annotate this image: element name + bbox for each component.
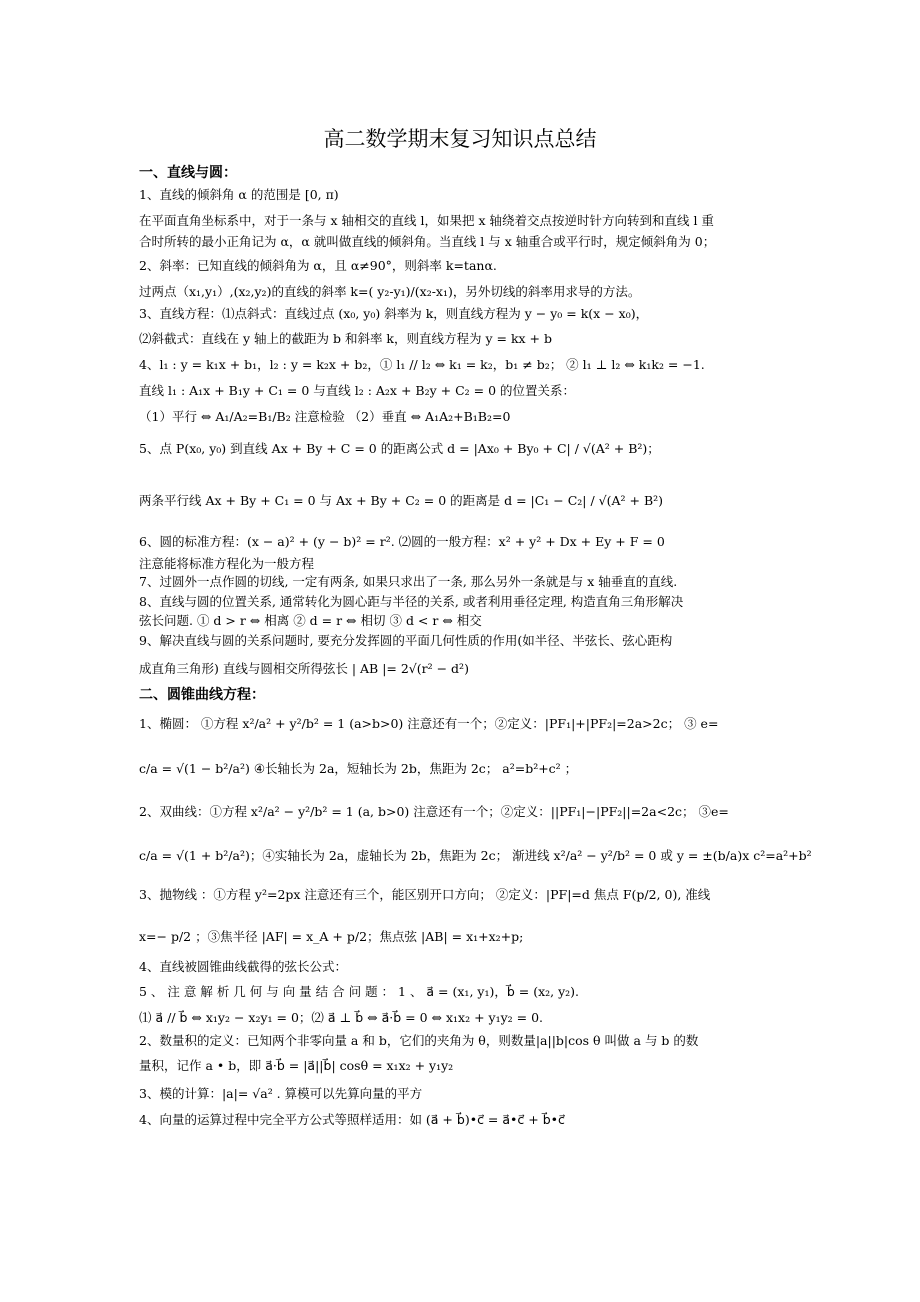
vector-line: 3、模的计算：|a|= √a² . 算模可以先算向量的平方 — [139, 1085, 422, 1103]
text-line: 过两点（x₁,y₁）,(x₂,y₂)的直线的斜率 k=( y₂-y₁)/(x₂-… — [139, 283, 640, 301]
text-line: ⑵斜截式：直线在 y 轴上的截距为 b 和斜率 k，则直线方程为 y = kx … — [139, 330, 552, 348]
text-line: 6、圆的标准方程：(x − a)² + (y − b)² = r². ⑵圆的一般… — [139, 533, 665, 551]
text-line: 4、l₁ : y = k₁x + b₁，l₂ : y = k₂x + b₂，① … — [139, 356, 705, 374]
text-line: 在平面直角坐标系中，对于一条与 x 轴相交的直线 l，如果把 x 轴绕着交点按逆… — [139, 212, 714, 230]
hyperbola-line: c/a = √(1 + b²/a²)；④实轴长为 2a，虚轴长为 2b，焦距为 … — [139, 847, 812, 865]
distance-formula-line: 5、点 P(x₀, y₀) 到直线 Ax + By + C = 0 的距离公式 … — [139, 440, 660, 458]
text-line: 1、直线的倾斜角 α 的范围是 [0, π) — [139, 186, 339, 204]
parabola-line: 3、抛物线 ：①方程 y²=2px 注意还有三个，能区别开口方向； ②定义：|P… — [139, 886, 710, 904]
text-line: 注意能将标准方程化为一般方程 — [139, 555, 314, 573]
parallel-distance-line: 两条平行线 Ax + By + C₁ = 0 与 Ax + By + C₂ = … — [139, 492, 663, 510]
parabola-line: x=− p/2 ；③焦半径 |AF| = x_A + p/2；焦点弦 |AB| … — [139, 928, 523, 946]
hyperbola-line: 2、双曲线：①方程 x²/a² − y²/b² = 1 (a, b>0) 注意还… — [139, 803, 729, 821]
vector-line: 4、向量的运算过程中完全平方公式等照样适用：如 (a⃗ + b⃗)•c⃗ = a… — [139, 1111, 565, 1129]
text-line: （1）平行 ⇔ A₁/A₂=B₁/B₂ 注意检验 （2）垂直 ⇔ A₁A₂+B₁… — [139, 408, 510, 426]
vector-line: 量积，记作 a • b，即 a⃗·b⃗ = |a⃗||b⃗| cosθ = x₁… — [139, 1057, 453, 1075]
text-line: 直线 l₁ : A₁x + B₁y + C₁ = 0 与直线 l₂ : A₂x … — [139, 382, 575, 400]
ellipse-line: 1、椭圆： ①方程 x²/a² + y²/b² = 1 (a>b>0) 注意还有… — [139, 715, 718, 733]
section-heading-lines-circles: 一、直线与圆： — [139, 164, 237, 182]
document-title: 高二数学期末复习知识点总结 — [0, 123, 920, 153]
text-line: 4、直线被圆锥曲线截得的弦长公式： — [139, 958, 347, 976]
text-line: 3、直线方程：⑴点斜式：直线过点 (x₀, y₀) 斜率为 k，则直线方程为 y… — [139, 305, 648, 323]
text-line: 2、斜率：已知直线的倾斜角为 α，且 α≠90°，则斜率 k=tanα. — [139, 257, 497, 275]
text-line: 9、解决直线与圆的关系问题时, 要充分发挥圆的平面几何性质的作用(如半径、半弦长… — [139, 632, 672, 650]
text-line: 成直角三角形) 直线与圆相交所得弦长 | AB |= 2√(r² − d²) — [139, 660, 469, 678]
vector-line: ⑴ a⃗ // b⃗ ⇔ x₁y₂ − x₂y₁ = 0；⑵ a⃗ ⊥ b⃗ ⇔… — [139, 1009, 543, 1027]
text-line: 8、直线与圆的位置关系, 通常转化为圆心距与半径的关系, 或者利用垂径定理, 构… — [139, 593, 683, 611]
text-line: 合时所转的最小正角记为 α，α 就叫做直线的倾斜角。当直线 l 与 x 轴重合或… — [139, 233, 715, 251]
vector-line: 2、数量积的定义：已知两个非零向量 a 和 b，它们的夹角为 θ，则数量|a||… — [139, 1032, 698, 1050]
text-line: 7、过圆外一点作圆的切线, 一定有两条, 如果只求出了一条, 那么另外一条就是与… — [139, 573, 677, 591]
vector-line: 5 、 注 意 解 析 几 何 与 向 量 结 合 问 题 ： 1 、 a⃗ =… — [139, 983, 579, 1001]
section-heading-conics: 二、圆锥曲线方程： — [139, 686, 265, 704]
text-line: 弦长问题. ① d > r ⇔ 相离 ② d = r ⇔ 相切 ③ d < r … — [139, 612, 482, 630]
document-page: 高二数学期末复习知识点总结 一、直线与圆： 1、直线的倾斜角 α 的范围是 [0… — [0, 0, 920, 1302]
ellipse-line: c/a = √(1 − b²/a²) ④长轴长为 2a，短轴长为 2b，焦距为 … — [139, 760, 577, 778]
